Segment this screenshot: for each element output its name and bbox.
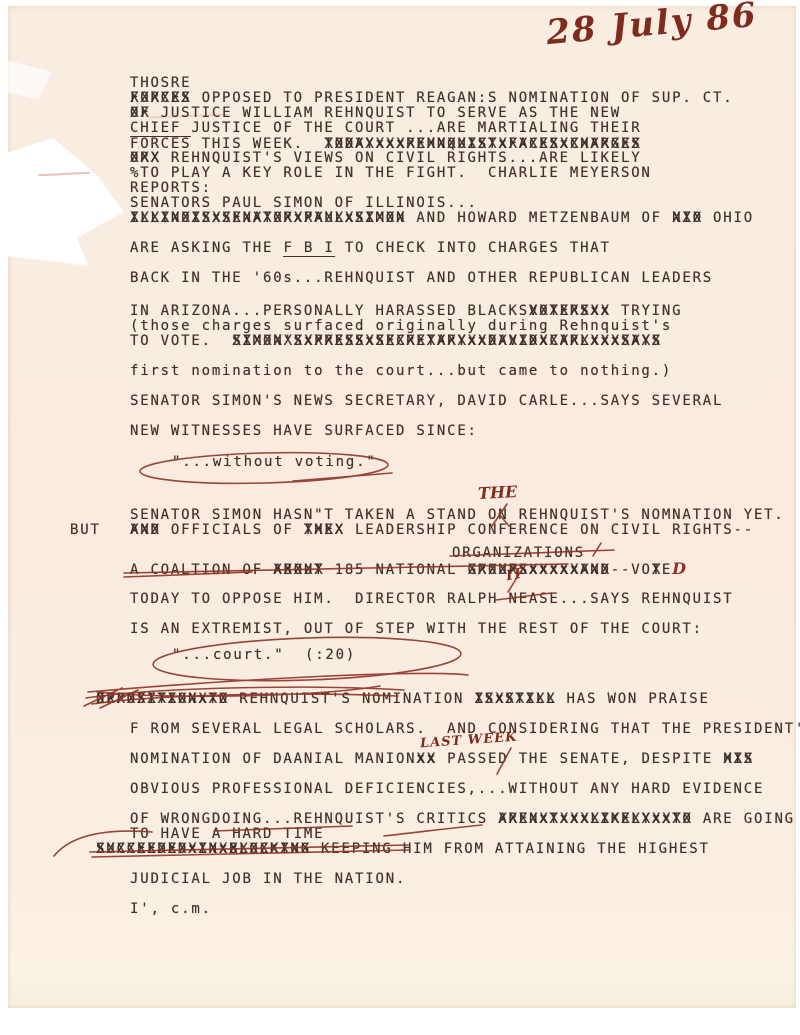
typed-segment: (those charges surfaced originally durin… — [130, 319, 672, 334]
typed-line: TO HAVE A HARD TIME — [130, 827, 324, 842]
overtyped-segment: xx — [416, 752, 436, 767]
typed-line: OF JUSTICE WILLIAM REHNQUIST TO SERVE AS… — [130, 106, 621, 121]
typed-segment: A COALTION OF — [130, 563, 273, 578]
typed-segment: F B I — [283, 241, 334, 257]
typed-segment: OPPOSED TO PRESIDENT REAGAN:S NOMINATION… — [191, 91, 733, 106]
typed-line: TODAY TO OPPOSE HIM. DIRECTOR RALPH NEAS… — [130, 592, 734, 607]
typed-line: %TO PLAY A KEY ROLE IN THE FIGHT. CHARLI… — [130, 166, 652, 181]
overtyped-segment: GROUPSxxxxxAND — [468, 563, 611, 578]
typed-line: OPPOSITIONxTO REHNQUIST'S NOMINATION ISx… — [96, 692, 710, 707]
typed-segment: 'S CRITICS — [386, 812, 499, 827]
typed-line: OF WRONGDOING...REHNQUIST'S CRITICS AREN… — [130, 812, 795, 827]
overtyped-segment: HIS — [723, 752, 754, 767]
typed-segment: THOSRE — [130, 76, 191, 91]
handwritten-it-insert: IT — [505, 566, 524, 585]
typed-segment: BACK IN THE '60s...REHNQUIST AND OTHER R… — [130, 271, 713, 286]
typed-line: THOSRE — [130, 76, 191, 91]
typed-segment: REHNQUIST'S VIEWS ON CIVIL RIGHTS...ARE … — [161, 151, 642, 166]
typed-segment: TO VOTE. — [130, 334, 232, 349]
typed-segment: IS AN EXTREMIST, OUT OF STEP WITH THE RE… — [130, 622, 703, 637]
typed-line: JUDICIAL JOB IN THE NATION. — [130, 872, 406, 887]
overtyped-segment: AND — [130, 523, 161, 538]
overtyped-segment: ISxSTILL — [474, 692, 556, 707]
typed-segment: TO HAVE A HARD TIME — [130, 827, 324, 842]
typed-segment: %TO PLAY A KEY ROLE IN THE FIGHT. CHARLI… — [130, 166, 652, 181]
typed-line: SENATOR SIMON HASN"T TAKEN A STAND ON RE… — [130, 508, 785, 523]
overtyped-segment: SIMON'SxPRESSxSECRETARYxxDAVIDxCARLxxxSA… — [232, 334, 662, 349]
typed-segment: HAS WON PRAISE — [556, 692, 709, 707]
typed-segment: 185 NATIONAL — [324, 563, 467, 578]
typed-line: SUCCEEDEDxINxBLOCKING KEEPING HIM FROM A… — [96, 842, 710, 857]
typed-segment: "...without voting." — [172, 455, 377, 470]
typed-segment: first nomination to the court...but came… — [130, 364, 672, 379]
typed-segment: AND HOWARD METZENBAUM OF — [406, 211, 672, 226]
typed-segment: E — [662, 563, 672, 578]
typed-line: A COALTION OF ABOUT 185 NATIONAL GROUPSx… — [130, 561, 688, 578]
handwritten-the-insert: THE — [478, 482, 518, 503]
typed-line: ILLINOISxSENATORxPAULxSIMON AND HOWARD M… — [130, 211, 754, 226]
overtyped-segment: T — [652, 563, 662, 578]
typed-segment: IN ARIZONA...PERSONALLY HARASSED BLACKS — [130, 304, 529, 319]
typed-line: REPORTS: — [130, 181, 212, 196]
typed-line: ORGANIZATIONS — [452, 546, 585, 561]
typed-segment: ARE GOING — [693, 812, 795, 827]
typed-line: BACK IN THE '60s...REHNQUIST AND OTHER R… — [130, 271, 713, 286]
typed-line: TO VOTE. SIMON'SxPRESSxSECRETARYxxDAVIDx… — [130, 334, 662, 349]
overtyped-segment: OPPOSITIONxTO — [96, 692, 229, 707]
overtyped-segment: ARENxTxxxLIKELYxxTO — [498, 812, 692, 827]
typed-segment: BUT — [70, 523, 101, 538]
overtyped-segment: SUCCEEDEDxINxBLOCKING — [96, 842, 311, 857]
scanned-document: THOSREFORCES OPPOSED TO PRESIDENT REAGAN… — [0, 0, 800, 1035]
typed-segment: TRYING — [611, 304, 683, 319]
typed-segment: OFFICIALS OF — [161, 523, 304, 538]
overtyped-segment: ABOUT — [273, 563, 324, 578]
typed-line: AND OFFICIALS OF THEX LEADERSHIP CONFERE… — [130, 523, 754, 538]
typed-segment: PASSED THE SENATE, DESPITE — [437, 752, 723, 767]
overtyped-segment: OF — [130, 106, 150, 121]
typed-line: NOMINATION OF DAANIAL MANIONxx PASSED TH… — [130, 752, 754, 767]
typed-segment: LEADERSHIP CONFERENCE ON CIVIL RIGHTS-- — [345, 523, 754, 538]
typed-segment: OBVIOUS PROFESSIONAL DEFICIENCIES,...WIT… — [130, 782, 764, 797]
overtyped-segment: THEX — [304, 523, 345, 538]
typed-segment: REHNQUIST'S NOMINATION — [229, 692, 475, 707]
handwritten-segment: D — [672, 561, 688, 576]
typed-line: BUT — [70, 523, 101, 538]
typed-segment: ARE ASKING THE — [130, 241, 283, 256]
typed-segment: ORGANIZATIONS — [452, 546, 585, 561]
typed-line: NEW WITNESSES HAVE SURFACED SINCE: — [130, 424, 478, 439]
overtyped-segment: NIO — [672, 211, 703, 226]
typed-segment: REPORTS: — [130, 181, 212, 196]
overtyped-segment: VOTERSxx — [529, 304, 611, 319]
typed-segment: KEEPING HIM FROM ATTAINING THE HIGHEST — [311, 842, 710, 857]
typed-segment: SENATORS PAUL SIMON OF ILLINOIS... — [130, 196, 478, 211]
typed-segment: . DIRECTOR RALPH NEASE...SAYS REHNQUIST — [324, 592, 733, 607]
typed-segment: I', c.m. — [130, 902, 212, 917]
typed-segment: CHIEF JUSTICE OF THE COURT ...ARE MARTIA… — [130, 121, 641, 136]
typed-line: (those charges surfaced originally durin… — [130, 319, 672, 334]
typed-line: CHIEF JUSTICE OF THE COURT ...ARE MARTIA… — [130, 121, 641, 136]
typed-line: IS AN EXTREMIST, OUT OF STEP WITH THE RE… — [130, 622, 703, 637]
typed-segment: NOMINATION OF DAANIAL MANION — [130, 752, 416, 767]
overtyped-segment: ORX — [130, 151, 161, 166]
typed-segment: JUDICIAL JOB IN THE NATION. — [130, 872, 406, 887]
typed-line: FORCES OPPOSED TO PRESIDENT REAGAN:S NOM… — [130, 91, 734, 106]
typed-line: "...court." (:20) — [172, 648, 356, 663]
typed-line: OBVIOUS PROFESSIONAL DEFICIENCIES,...WIT… — [130, 782, 764, 797]
typed-line: ARE ASKING THE F B I TO CHECK INTO CHARG… — [130, 241, 611, 257]
overtyped-segment: ILLINOISxSENATORxPAULxSIMON — [130, 211, 406, 226]
typed-segment: SENATOR SIMON HASN"T TAKEN A STAND ON RE… — [130, 508, 785, 523]
typed-line: IN ARIZONA...PERSONALLY HARASSED BLACKSV… — [130, 304, 682, 319]
typed-segment: SENATOR SIMON'S NEWS SECRETARY, DAVID CA… — [130, 394, 723, 409]
typed-segment: OHIO — [703, 211, 754, 226]
typed-segment: JUSTICE WILLIAM REHNQUIST TO SERVE AS TH… — [150, 106, 621, 121]
typed-segment: REHNQUIST — [294, 812, 386, 827]
typed-line: first nomination to the court...but came… — [130, 364, 672, 379]
typed-line: SENATORS PAUL SIMON OF ILLINOIS... — [130, 196, 478, 211]
typed-segment: TO CHECK INTO CHARGES THAT — [335, 241, 611, 256]
typed-line: SENATOR SIMON'S NEWS SECRETARY, DAVID CA… — [130, 394, 723, 409]
typed-line: "...without voting." — [172, 455, 377, 470]
typed-segment: HIM — [294, 592, 325, 607]
typed-segment: --VO — [611, 563, 652, 578]
typed-segment: "...court." (:20) — [172, 648, 356, 663]
typed-segment: TODAY TO OPPOSE — [130, 592, 294, 607]
typed-line: ORX REHNQUIST'S VIEWS ON CIVIL RIGHTS...… — [130, 151, 641, 166]
typed-line: I', c.m. — [130, 902, 212, 917]
overtyped-segment: FORCES — [130, 91, 191, 106]
typed-segment: NEW WITNESSES HAVE SURFACED SINCE: — [130, 424, 478, 439]
typed-segment: OF WRONGDOING... — [130, 812, 294, 827]
